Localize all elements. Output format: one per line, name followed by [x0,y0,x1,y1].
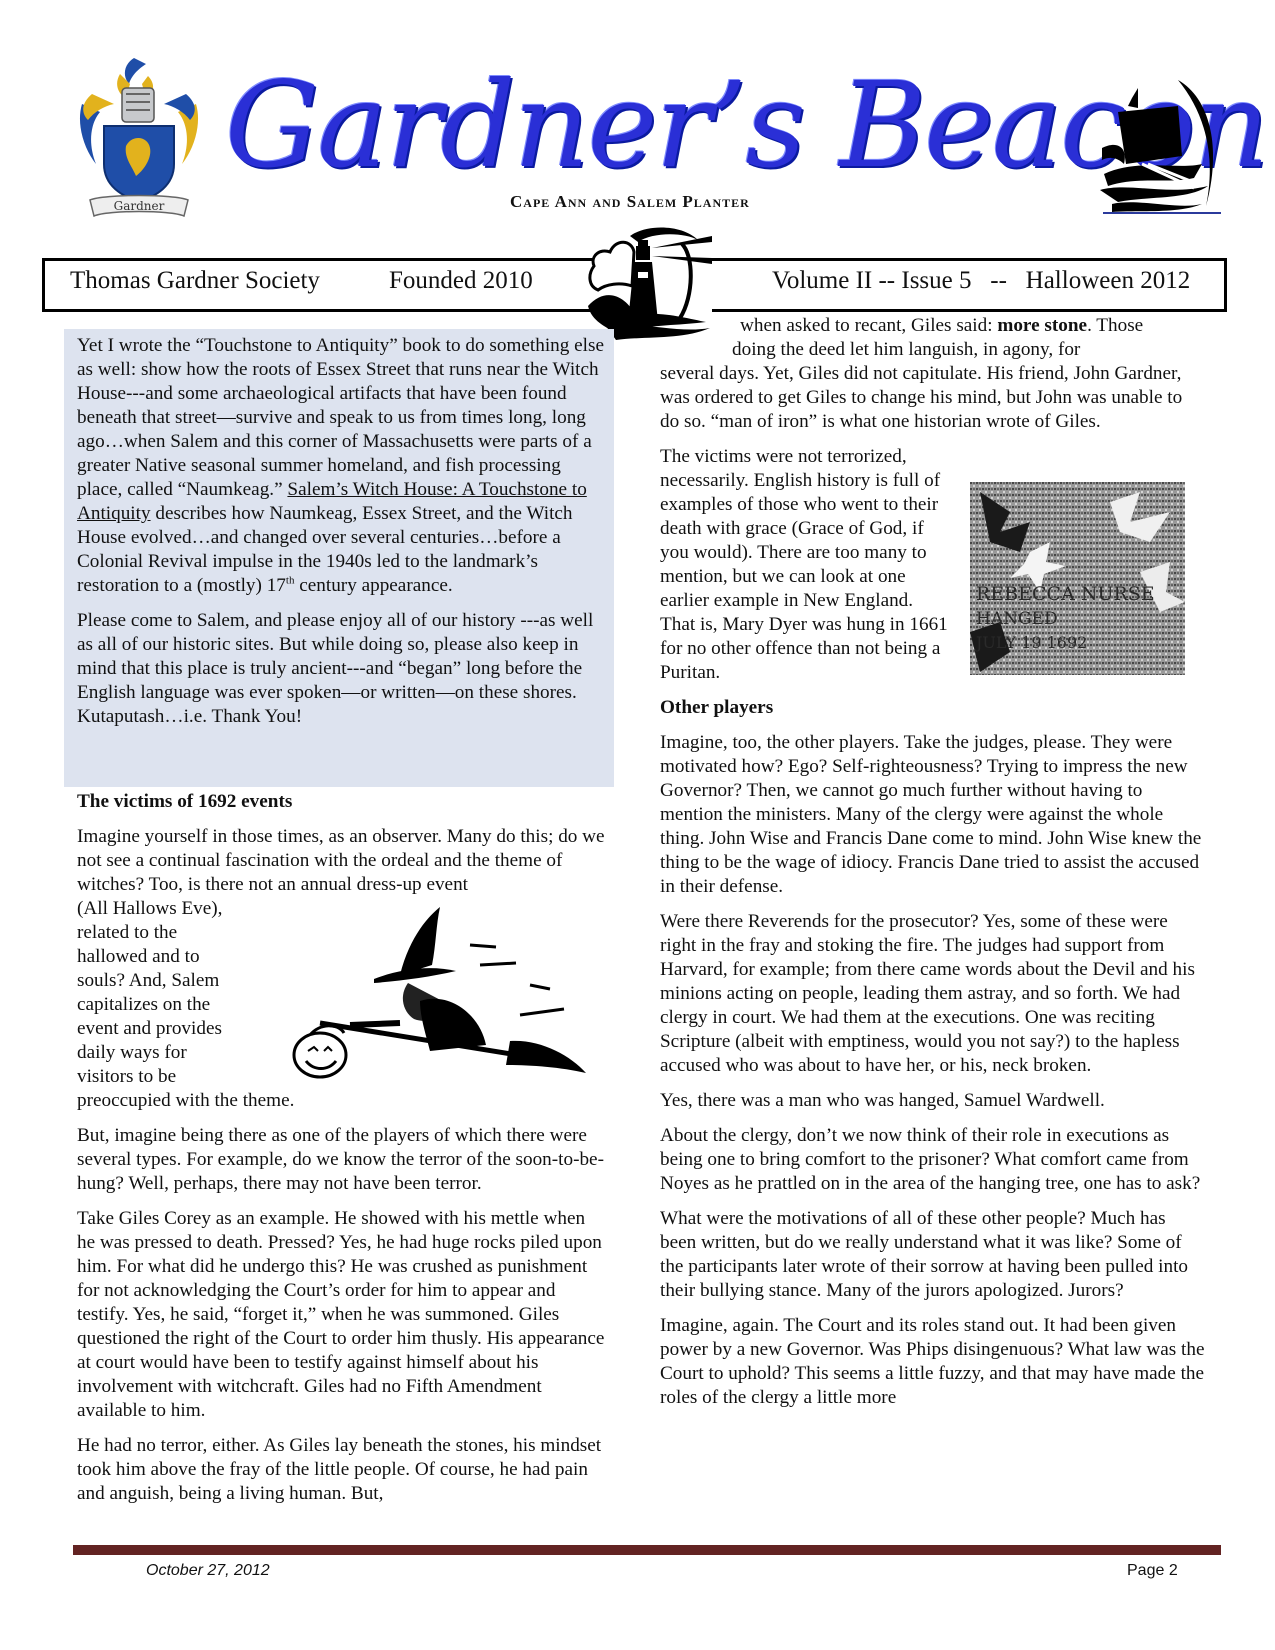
text-line: . Those [1087,315,1143,336]
paragraph-text: century appearance. [294,575,452,596]
continued-line-2: doing the deed let him languish, in agon… [660,338,1205,362]
section-heading-victims: The victims of 1692 events [77,790,607,814]
paragraph-victims-not-terrorized: The victims were not terrorized, necessa… [660,445,950,685]
sailing-ship-icon [1098,78,1222,214]
paragraph-motivations: What were the motivations of all of thes… [660,1207,1205,1303]
footer-divider-bar [73,1545,1221,1555]
svg-text:JULY 19 1692: JULY 19 1692 [974,633,1087,652]
left-column: The victims of 1692 events Imagine yours… [77,790,607,1517]
text-line: when asked to recant, Giles said: [740,315,997,336]
page-number: Page 2 [1127,1562,1178,1580]
paragraph-players: But, imagine being there as one of the p… [77,1124,607,1196]
paragraph-text: Yet I wrote the “Touchstone to Antiquity… [77,335,604,500]
touchstone-paragraph: Yet I wrote the “Touchstone to Antiquity… [77,334,607,598]
paragraph-judges: Imagine, too, the other players. Take th… [660,731,1205,899]
svg-text:REBECCA NURSE: REBECCA NURSE [976,583,1155,605]
rebecca-nurse-gravestone-photo: REBECCA NURSE HANGED JULY 19 1692 [970,482,1185,675]
shaded-box-content: Yet I wrote the “Touchstone to Antiquity… [77,334,607,740]
paragraph-imagine-yourself: Imagine yourself in those times, as an o… [77,825,607,897]
newsletter-subtitle: Cape Ann and Salem Planter [510,192,750,212]
founded-year: Founded 2010 [389,267,533,295]
paragraph-reverends: Were there Reverends for the prosecutor?… [660,910,1205,1078]
come-to-salem-paragraph: Please come to Salem, and please enjoy a… [77,609,607,729]
paragraph-clergy: About the clergy, don’t we now think of … [660,1124,1205,1196]
right-column: when asked to recant, Giles said: more s… [660,314,1205,1421]
witch-on-broom-icon [280,905,590,1080]
ship-logo-underline [1103,212,1221,214]
paragraph-giles-continued: several days. Yet, Giles did not capitul… [660,362,1205,434]
paragraph-giles-corey: Take Giles Corey as an example. He showe… [77,1207,607,1423]
gardner-coat-of-arms-logo: Gardner [74,54,204,224]
text-line: preoccupied with the theme. [77,1089,607,1113]
svg-text:Gardner: Gardner [114,199,165,213]
paragraph-wardwell: Yes, there was a man who was hanged, Sam… [660,1089,1205,1113]
continued-line-1: when asked to recant, Giles said: more s… [660,314,1205,338]
gravestone-photo-icon: REBECCA NURSE HANGED JULY 19 1692 [970,482,1185,675]
footer-date: October 27, 2012 [146,1562,270,1580]
section-heading-other-players: Other players [660,696,1205,720]
paragraph-court: Imagine, again. The Court and its roles … [660,1314,1205,1410]
svg-text:HANGED: HANGED [976,609,1058,629]
paragraph-no-terror: He had no terror, either. As Giles lay b… [77,1434,607,1506]
volume-issue-label: Volume II -- Issue 5 -- Halloween 2012 [772,267,1190,295]
newsletter-title: Gardner’s Beacon [225,50,1105,200]
ship-logo [1098,78,1222,214]
crest-icon: Gardner [74,54,204,224]
bold-emphasis: more stone [997,315,1087,336]
witch-illustration [280,905,590,1080]
society-name: Thomas Gardner Society [70,267,320,295]
